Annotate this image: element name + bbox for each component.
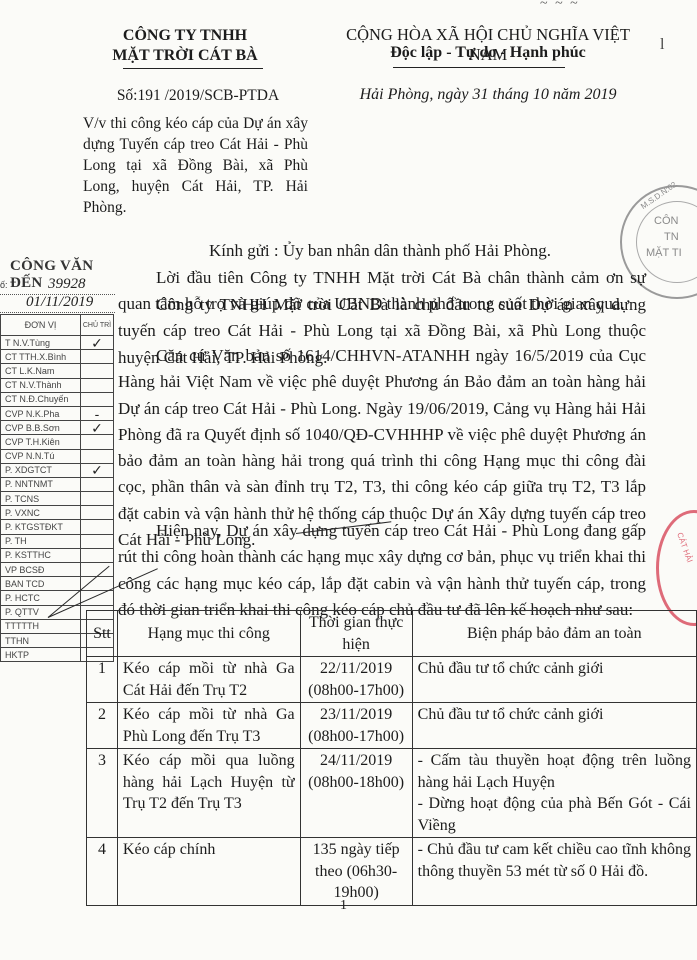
stamp-date-line: 01/11/2019 <box>0 296 115 313</box>
table-row: 2Kéo cáp mồi từ nhà Ga Phù Long đến Trụ … <box>87 703 697 749</box>
cell-item: Kéo cáp mồi từ nhà Ga Cát Hải đến Trụ T2 <box>117 657 300 703</box>
cell-stt: 1 <box>87 657 118 703</box>
stamp-unit: T N.V.Tùng <box>1 336 81 350</box>
cell-time: 135 ngày tiếp theo (06h30-19h00) <box>300 838 412 906</box>
stamp-mark <box>81 392 114 406</box>
stamp-row: P. KTGSTĐKT <box>1 520 114 534</box>
stamp-unit: VP BCSĐ <box>1 563 81 577</box>
document-subject: V/v thi công kéo cáp của Dự án xây dựng … <box>83 113 308 218</box>
stamp-mark <box>81 435 114 449</box>
table-row: 1Kéo cáp mồi từ nhà Ga Cát Hải đến Trụ T… <box>87 657 697 703</box>
cell-stt: 4 <box>87 838 118 906</box>
seal-text-2: TN <box>664 231 679 243</box>
stamp-row: CT TTH.X.Bình <box>1 350 114 364</box>
stamp-unit: P. TCNS <box>1 492 81 506</box>
stamp-mark: ✓ <box>81 421 114 435</box>
table-row: 4Kéo cáp chính135 ngày tiếp theo (06h30-… <box>87 838 697 906</box>
stamp-row: P. KSTTHC <box>1 548 114 562</box>
col-measure: Biện pháp bảo đảm an toàn <box>412 611 696 657</box>
stamp-unit: CVP B.B.Sơn <box>1 421 81 435</box>
stamp-mark <box>81 477 114 491</box>
col-stt: Stt <box>87 611 118 657</box>
stamp-row: CVP N.N.Tú <box>1 449 114 463</box>
recipient-line: Kính gửi : Ủy ban nhân dân thành phố Hải… <box>120 241 640 261</box>
motto-underline <box>393 67 565 68</box>
stamp-unit: TTTTTH <box>1 619 81 633</box>
stamp-unit: CVP T.H.Kiên <box>1 435 81 449</box>
stamp-row: P. TH <box>1 534 114 548</box>
stamp-mark <box>81 520 114 534</box>
company-underline <box>123 68 263 69</box>
stamp-unit: CT N.Đ.Chuyến <box>1 392 81 406</box>
stamp-unit: P. NNTNMT <box>1 477 81 491</box>
stamp-mark <box>81 378 114 392</box>
stamp-row: P. XDGTCT✓ <box>1 463 114 477</box>
stamp-row: CT N.Đ.Chuyến <box>1 392 114 406</box>
stamp-mark <box>81 591 114 605</box>
stamp-mark: - <box>81 406 114 420</box>
corner-mark: l <box>660 36 664 54</box>
national-motto: Độc lập - Tự do - Hạnh phúc <box>332 44 644 62</box>
cell-item: Kéo cáp mồi từ nhà Ga Phù Long đến Trụ T… <box>117 703 300 749</box>
stamp-number-line: ố: 39928 <box>0 278 115 295</box>
stamp-mark <box>81 449 114 463</box>
stamp-mark <box>81 506 114 520</box>
handwritten-scrawl: ~ ~ ~ <box>540 0 580 12</box>
stamp-unit: CVP N.K.Pha <box>1 406 81 420</box>
stamp-unit: P. KTGSTĐKT <box>1 520 81 534</box>
stamp-row: T N.V.Tùng✓ <box>1 336 114 350</box>
stamp-col-unit: ĐƠN VỊ <box>1 315 81 336</box>
stamp-row: P. HCTC <box>1 591 114 605</box>
stamp-row: BAN TCD <box>1 577 114 591</box>
cell-time: 24/11/2019 (08h00-18h00) <box>300 749 412 838</box>
paragraph-current-status: Hiện nay, Dự án xây dựng tuyến cáp treo … <box>118 518 646 623</box>
seal-text-1: CÔN <box>654 215 678 227</box>
stamp-mark <box>81 492 114 506</box>
stamp-date: 01/11/2019 <box>26 294 93 311</box>
stamp-unit: CT L.K.Nam <box>1 364 81 378</box>
col-time: Thời gian thực hiện <box>300 611 412 657</box>
stamp-mark <box>81 548 114 562</box>
cell-stt: 2 <box>87 703 118 749</box>
seal-text-3: MẶT TI <box>646 247 682 259</box>
stamp-mark: ✓ <box>81 463 114 477</box>
cell-stt: 3 <box>87 749 118 838</box>
stamp-row: CVP T.H.Kiên <box>1 435 114 449</box>
place-and-date: Hải Phòng, ngày 31 tháng 10 năm 2019 <box>332 86 644 104</box>
stamp-unit: P. KSTTHC <box>1 548 81 562</box>
stamp-row: P. NNTNMT <box>1 477 114 491</box>
stamp-col-lead: CHỦ TRÌ <box>81 315 114 336</box>
table-header-row: Stt Hạng mục thi công Thời gian thực hiệ… <box>87 611 697 657</box>
stamp-row: P. TCNS <box>1 492 114 506</box>
stamp-mark <box>81 534 114 548</box>
cell-item: Kéo cáp chính <box>117 838 300 906</box>
cell-measure: Chủ đầu tư tổ chức cảnh giới <box>412 703 696 749</box>
red-seal: CÁT HẢI <box>656 510 697 626</box>
stamp-mark <box>81 350 114 364</box>
stamp-row: CT N.V.Thành <box>1 378 114 392</box>
cell-time: 22/11/2019 (08h00-17h00) <box>300 657 412 703</box>
cell-measure: Chủ đầu tư tổ chức cảnh giới <box>412 657 696 703</box>
stamp-mark: ✓ <box>81 336 114 350</box>
paragraph-text: Hiện nay, Dự án xây dựng tuyến cáp treo … <box>118 521 646 619</box>
company-name: CÔNG TY TNHH MẶT TRỜI CÁT BÀ <box>100 26 270 66</box>
stamp-unit: P. XDGTCT <box>1 463 81 477</box>
stamp-number: 39928 <box>48 276 86 293</box>
cell-measure: - Chủ đầu tư cam kết chiều cao tĩnh khôn… <box>412 838 696 906</box>
cell-time: 23/11/2019 (08h00-17h00) <box>300 703 412 749</box>
stamp-unit: CT N.V.Thành <box>1 378 81 392</box>
stamp-row: CVP N.K.Pha- <box>1 406 114 420</box>
col-item: Hạng mục thi công <box>117 611 300 657</box>
stamp-unit: P. VXNC <box>1 506 81 520</box>
cell-item: Kéo cáp mồi qua luồng hàng hải Lạch Huyệ… <box>117 749 300 838</box>
stamp-unit: BAN TCD <box>1 577 81 591</box>
table-row: 3Kéo cáp mồi qua luồng hàng hải Lạch Huy… <box>87 749 697 838</box>
stamp-number-label: ố: <box>0 280 8 290</box>
document-number: Số:191 /2019/SCB-PTDA <box>108 87 288 105</box>
cell-measure: - Cấm tàu thuyền hoạt động trên luồng hà… <box>412 749 696 838</box>
stamp-unit: CVP N.N.Tú <box>1 449 81 463</box>
company-line-1: CÔNG TY TNHH <box>100 26 270 46</box>
stamp-unit: HKTP <box>1 648 81 662</box>
stamp-row: P. VXNC <box>1 506 114 520</box>
stamp-row: CT L.K.Nam <box>1 364 114 378</box>
red-seal-text: CÁT HẢI <box>675 531 694 564</box>
company-line-2: MẶT TRỜI CÁT BÀ <box>100 46 270 66</box>
stamp-unit: CT TTH.X.Bình <box>1 350 81 364</box>
page-number: 1 <box>340 898 347 914</box>
stamp-mark <box>81 364 114 378</box>
stamp-unit: P. TH <box>1 534 81 548</box>
stamp-unit: TTHN <box>1 633 81 647</box>
stamp-row: CVP B.B.Sơn✓ <box>1 421 114 435</box>
schedule-table: Stt Hạng mục thi công Thời gian thực hiệ… <box>86 610 697 906</box>
